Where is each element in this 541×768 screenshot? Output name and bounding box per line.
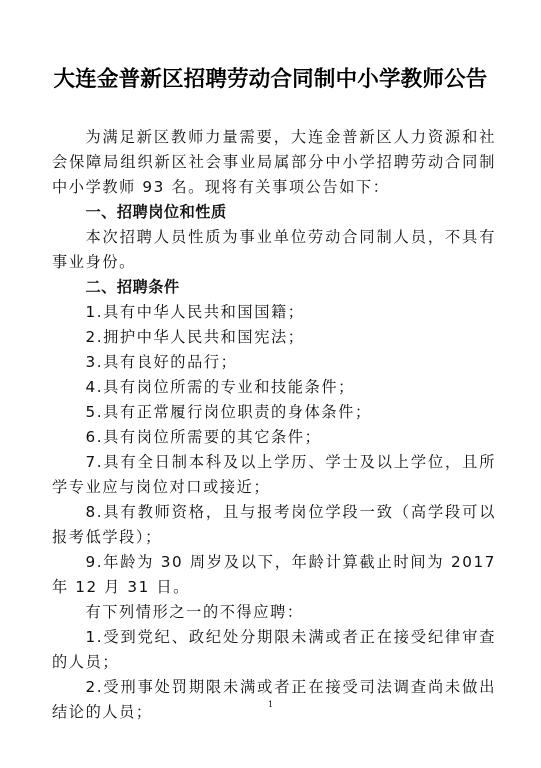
condition-item-4: 4.具有岗位所需的专业和技能条件； <box>52 375 496 400</box>
section-heading-conditions: 二、招聘条件 <box>52 275 496 300</box>
intro-paragraph: 为满足新区教师力量需要，大连金普新区人力资源和社会保障局组织新区社会事业局属部分… <box>52 125 496 200</box>
exclusion-item-1: 1.受到党纪、政纪处分期限未满或者正在接受纪律审查的人员； <box>52 625 496 675</box>
condition-item-5: 5.具有正常履行岗位职责的身体条件； <box>52 400 496 425</box>
condition-item-1: 1.具有中华人民共和国国籍； <box>52 300 496 325</box>
section-heading-positions: 一、招聘岗位和性质 <box>52 200 496 225</box>
condition-item-9: 9.年龄为 30 周岁及以下，年龄计算截止时间为 2017 年 12 月 31 … <box>52 550 496 600</box>
condition-item-7: 7.具有全日制本科及以上学历、学士及以上学位，且所学专业应与岗位对口或接近； <box>52 450 496 500</box>
condition-item-3: 3.具有良好的品行； <box>52 350 496 375</box>
document-body: 为满足新区教师力量需要，大连金普新区人力资源和社会保障局组织新区社会事业局属部分… <box>52 125 496 725</box>
document-title: 大连金普新区招聘劳动合同制中小学教师公告 <box>0 66 541 94</box>
exclusion-intro: 有下列情形之一的不得应聘： <box>52 600 496 625</box>
condition-item-2: 2.拥护中华人民共和国宪法； <box>52 325 496 350</box>
page-number: 1 <box>0 700 541 709</box>
condition-item-8: 8.具有教师资格，且与报考岗位学段一致（高学段可以报考低学段）； <box>52 500 496 550</box>
document-page: 大连金普新区招聘劳动合同制中小学教师公告 为满足新区教师力量需要，大连金普新区人… <box>0 0 541 768</box>
paragraph-nature: 本次招聘人员性质为事业单位劳动合同制人员，不具有事业身份。 <box>52 225 496 275</box>
condition-item-6: 6.具有岗位所需要的其它条件； <box>52 425 496 450</box>
